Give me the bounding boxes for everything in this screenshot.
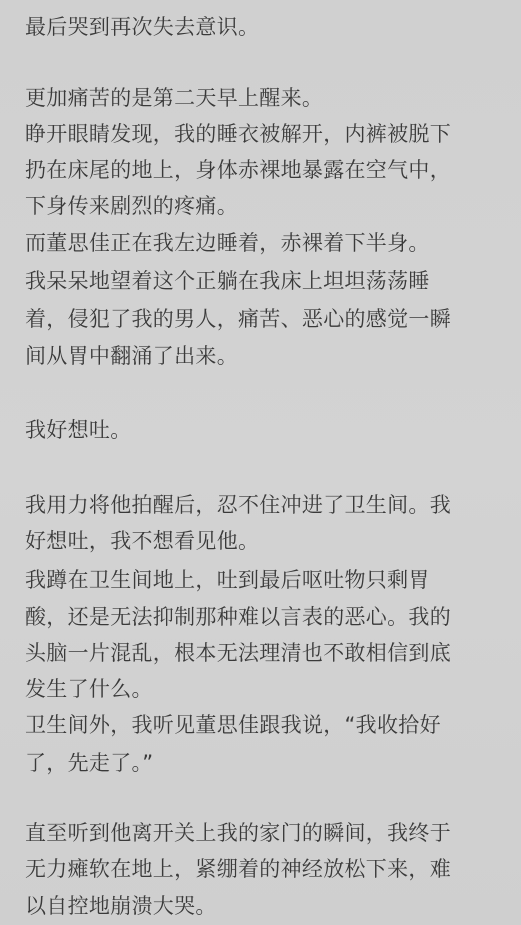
text-line-8: 着，侵犯了我的男人，痛苦、恶心的感觉一瞬 [25,306,451,332]
text-line-11: 我用力将他拍醒后，忍不住冲进了卫生间。我 [25,492,451,518]
text-line-12: 好想吐，我不想看见他。 [25,528,259,554]
text-line-15: 头脑一片混乱，根本无法理清也不敢相信到底 [25,640,451,666]
text-line-18: 了，先走了。” [25,750,153,776]
text-line-20: 无力瘫软在地上，紧绷着的神经放松下来，难 [25,856,451,882]
text-line-2: 更加痛苦的是第二天早上醒来。 [25,85,323,111]
text-line-14: 酸，还是无法抑制那种难以言表的恶心。我的 [25,604,451,630]
text-line-17: 卫生间外，我听见董思佳跟我说，“我收拾好 [25,712,441,738]
text-line-1: 最后哭到再次失去意识。 [25,14,259,40]
text-line-9: 间从胃中翻涌了出来。 [25,343,238,369]
text-line-13: 我蹲在卫生间地上，吐到最后呕吐物只剩胃 [25,567,430,593]
text-line-21: 以自控地崩溃大哭。 [25,893,217,919]
text-line-3: 睁开眼睛发现，我的睡衣被解开，内裤被脱下 [25,121,451,147]
document-page: 最后哭到再次失去意识。 更加痛苦的是第二天早上醒来。 睁开眼睛发现，我的睡衣被解… [0,0,521,925]
text-line-16: 发生了什么。 [25,676,153,702]
text-line-10: 我好想吐。 [25,417,132,443]
text-line-5: 下身传来剧烈的疼痛。 [25,193,238,219]
text-line-6: 而董思佳正在我左边睡着，赤裸着下半身。 [25,230,430,256]
text-line-7: 我呆呆地望着这个正躺在我床上坦坦荡荡睡 [25,268,430,294]
text-line-4: 扔在床尾的地上，身体赤裸地暴露在空气中， [25,157,451,183]
text-line-19: 直至听到他离开关上我的家门的瞬间，我终于 [25,820,451,846]
